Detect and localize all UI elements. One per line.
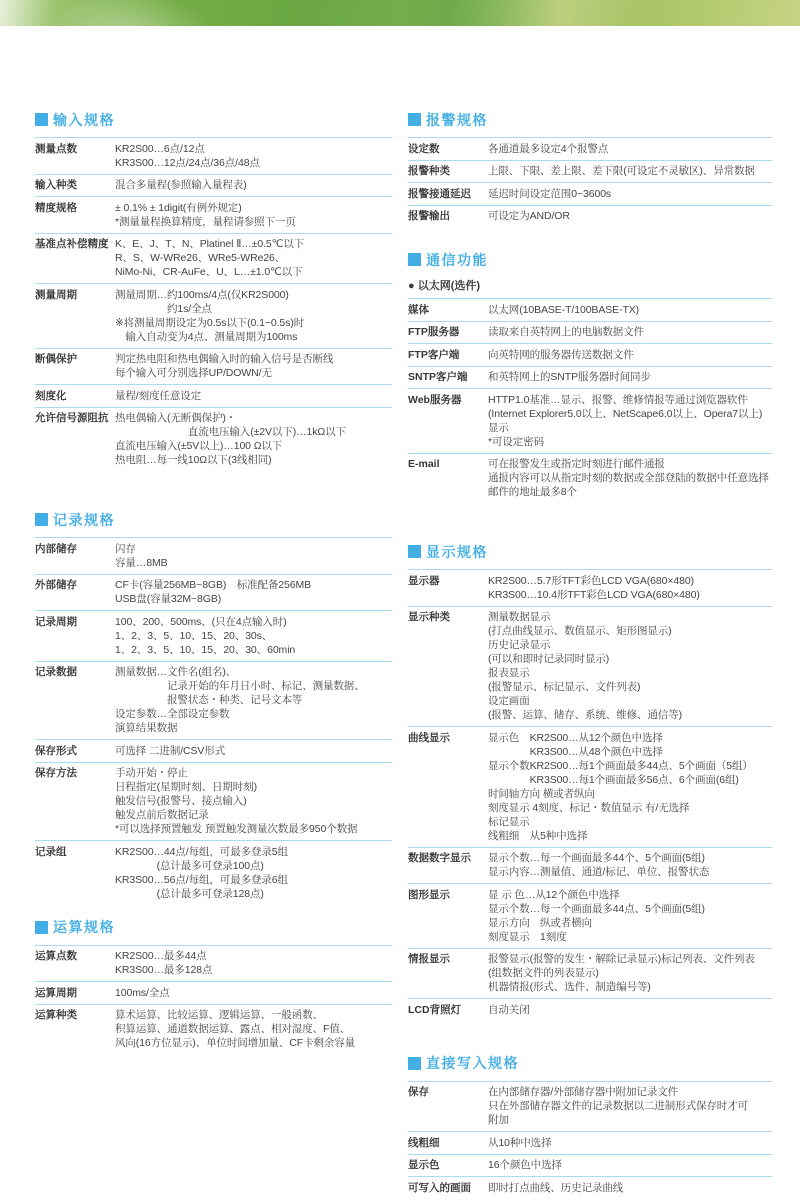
spec-value: 各通道最多设定4个报警点 — [488, 142, 772, 156]
spec-value: CF卡(容量256MB~8GB) 标准配备256MB USB盘(容量32M~8G… — [115, 578, 392, 606]
spec-label: 曲线显示 — [408, 731, 488, 843]
spec-row: 运算种类 算术运算、比较运算、逻辑运算、一般函数、 积算运算、通道数据运算、露点… — [35, 1005, 392, 1055]
spec-row: Web服务器 HTTP1.0基准…显示、报警、维修情报等通过浏览器软件 (Int… — [408, 389, 772, 454]
spec-label: 断偶保护 — [35, 352, 115, 380]
spec-value: K、E、J、T、N、Platinel Ⅱ…±0.5℃以下 R、S、W-WRe26… — [115, 237, 392, 279]
spec-row: 精度规格 ± 0.1% ± 1digit(有例外规定) *测量量程换算精度，量程… — [35, 197, 392, 234]
spec-row: 情报显示 报警显示(报警的发生・解除记录显示)标记列表、文件列表 (组数据文件的… — [408, 949, 772, 1000]
spec-label: 报警种类 — [408, 164, 488, 178]
spec-value: 上限、下限、差上限、差下限(可设定不灵敏区)、异常数据 — [488, 164, 772, 178]
spec-value: 显示个数…每一个画面最多44个、5个画面(5组) 显示内容…测量值、通道/标记、… — [488, 851, 772, 879]
spec-label: 运算点数 — [35, 949, 115, 977]
spec-value: 显 示 色…从12个颜色中选择 显示个数…每一个画面最多44点、5个画面(5组)… — [488, 888, 772, 944]
spec-row: 报警接通延迟 延迟时间设定范围0~3600s — [408, 183, 772, 206]
spec-row: SNTP客户端 和英特网上的SNTP服务器时间同步 — [408, 367, 772, 390]
spec-row: FTP服务器 读取来自英特网上的电脑数据文件 — [408, 322, 772, 345]
spec-value: 自动关闭 — [488, 1003, 772, 1017]
spec-value: 可设定为AND/OR — [488, 209, 772, 223]
spec-label: 基准点补偿精度 — [35, 237, 115, 279]
spec-row: 测量周期 测量周期…约100ms/4点(仅KR2S000) 约1s/全点 ※将测… — [35, 284, 392, 349]
section-title: 运算规格 — [35, 919, 392, 936]
spec-label: 图形显示 — [408, 888, 488, 944]
spec-label: 情报显示 — [408, 952, 488, 994]
spec-value: 从10种中选择 — [488, 1136, 772, 1150]
spec-value: HTTP1.0基准…显示、报警、维修情报等通过浏览器软件 (Internet E… — [488, 393, 772, 449]
spec-table: 设定数 各通道最多设定4个报警点 报警种类 上限、下限、差上限、差下限(可设定不… — [408, 137, 772, 227]
spec-value: 可选择 二进制/CSV形式 — [115, 744, 392, 758]
spec-row: 曲线显示 显示色 KR2S00…从12个颜色中选择 KR3S00…从48个颜色中… — [408, 727, 772, 848]
section-title-text: 通信功能 — [426, 250, 488, 270]
section-bullet-icon — [408, 113, 421, 126]
spec-table: 显示器 KR2S00…5.7形TFT彩色LCD VGA(680×480) KR3… — [408, 569, 772, 1021]
section-title-text: 记录规格 — [53, 510, 115, 530]
spec-label: 可写入的画面 — [408, 1181, 488, 1195]
spec-label: 设定数 — [408, 142, 488, 156]
spec-row: 媒体 以太网(10BASE-T/100BASE-TX) — [408, 299, 772, 322]
spec-row: 线粗细 从10种中选择 — [408, 1132, 772, 1155]
spec-row: 显示种类 测量数据显示 (打点曲线显示、数值显示、矩形图显示) 历史记录显示 (… — [408, 607, 772, 728]
spec-row: 允许信号源阻抗 热电偶输入(无断偶保护)・ 直流电压输入(±2V以下)…1kΩ以… — [35, 408, 392, 472]
spec-label: 显示色 — [408, 1158, 488, 1172]
section-title: 报警规格 — [408, 111, 772, 128]
left-column: 输入规格 测量点数 KR2S00…6点/12点 KR3S00…12点/24点/3… — [35, 111, 392, 1054]
spec-table: 媒体 以太网(10BASE-T/100BASE-TX) FTP服务器 读取来自英… — [408, 298, 772, 503]
section-alarm-specs: 报警规格 设定数 各通道最多设定4个报警点 报警种类 上限、下限、差上限、差下限… — [408, 111, 772, 227]
spec-value: 测量数据…文件名(组名)、 记录开始的年月日小时、标记、测量数据、 报警状态・种… — [115, 665, 392, 735]
spec-row: 报警输出 可设定为AND/OR — [408, 206, 772, 228]
spec-value: 测量数据显示 (打点曲线显示、数值显示、矩形图显示) 历史记录显示 (可以和即时… — [488, 610, 772, 722]
spec-row: 设定数 各通道最多设定4个报警点 — [408, 138, 772, 161]
section-bullet-icon — [35, 113, 48, 126]
spec-label: 保存形式 — [35, 744, 115, 758]
spec-table: 运算点数 KR2S00…最多44点 KR3S00…最多128点 运算周期 100… — [35, 945, 392, 1055]
spec-label: 内部储存 — [35, 542, 115, 570]
spec-value: 即时打点曲线、历史记录曲线 — [488, 1181, 772, 1195]
spec-value: 手动开始・停止 日程指定(星期时刻、日期时刻) 触发信号(报警号、接点输入) 触… — [115, 766, 392, 836]
spec-value: 混合多量程(参照输入量程表) — [115, 178, 392, 192]
spec-row: FTP客户端 向英特网的服务器传送数据文件 — [408, 344, 772, 367]
spec-label: 线粗细 — [408, 1136, 488, 1150]
spec-row: 输入种类 混合多量程(参照输入量程表) — [35, 175, 392, 198]
spec-label: 保存方法 — [35, 766, 115, 836]
spec-label: 外部储存 — [35, 578, 115, 606]
spec-row: 基准点补偿精度 K、E、J、T、N、Platinel Ⅱ…±0.5℃以下 R、S… — [35, 234, 392, 285]
section-direct-write-specs: 直接写入规格 保存 在内部储存器/外部储存器中附加记录文件 只在外部储存器文件的… — [408, 1055, 772, 1199]
spec-value: 以太网(10BASE-T/100BASE-TX) — [488, 303, 772, 317]
spec-value: 在内部储存器/外部储存器中附加记录文件 只在外部储存器文件的记录数据以二进制形式… — [488, 1085, 772, 1127]
spec-label: 允许信号源阻抗 — [35, 411, 115, 467]
spec-row: 记录周期 100、200、500ms、(只在4点输入时) 1、2、3、5、10、… — [35, 611, 392, 662]
spec-label: 数据数字显示 — [408, 851, 488, 879]
section-title: 显示规格 — [408, 543, 772, 560]
spec-value: 向英特网的服务器传送数据文件 — [488, 348, 772, 362]
spec-value: 算术运算、比较运算、逻辑运算、一般函数、 积算运算、通道数据运算、露点、相对湿度… — [115, 1008, 392, 1050]
section-computation-specs: 运算规格 运算点数 KR2S00…最多44点 KR3S00…最多128点 运算周… — [35, 919, 392, 1055]
section-title-text: 输入规格 — [53, 110, 115, 130]
spec-value: 16个颜色中选择 — [488, 1158, 772, 1172]
spec-label: E-mail — [408, 457, 488, 499]
section-bullet-icon — [35, 921, 48, 934]
spec-row: 保存 在内部储存器/外部储存器中附加记录文件 只在外部储存器文件的记录数据以二进… — [408, 1082, 772, 1133]
spec-value: KR2S00…5.7形TFT彩色LCD VGA(680×480) KR3S00…… — [488, 574, 772, 602]
spec-label: 记录周期 — [35, 615, 115, 657]
spec-sheet-page: 输入规格 测量点数 KR2S00…6点/12点 KR3S00…12点/24点/3… — [0, 0, 800, 1203]
spec-label: 媒体 — [408, 303, 488, 317]
spec-label: 运算周期 — [35, 986, 115, 1000]
spec-label: Web服务器 — [408, 393, 488, 449]
spec-row: 保存方法 手动开始・停止 日程指定(星期时刻、日期时刻) 触发信号(报警号、接点… — [35, 763, 392, 842]
section-input-specs: 输入规格 测量点数 KR2S00…6点/12点 KR3S00…12点/24点/3… — [35, 111, 392, 471]
spec-label: 记录数据 — [35, 665, 115, 735]
spec-label: 记录组 — [35, 845, 115, 901]
spec-value: 100ms/全点 — [115, 986, 392, 1000]
spec-value: 可在报警发生或指定时刻进行邮件通报 通报内容可以从指定时刻的数据或全部登陆的数据… — [488, 457, 772, 499]
section-display-specs: 显示规格 显示器 KR2S00…5.7形TFT彩色LCD VGA(680×480… — [408, 543, 772, 1021]
spec-row: 记录组 KR2S00…44点/每组，可最多登录5组 (总计最多可登录100点) … — [35, 841, 392, 905]
spec-row: LCD背照灯 自动关闭 — [408, 999, 772, 1021]
section-title-text: 显示规格 — [426, 542, 488, 562]
spec-table: 保存 在内部储存器/外部储存器中附加记录文件 只在外部储存器文件的记录数据以二进… — [408, 1081, 772, 1199]
spec-label: 显示器 — [408, 574, 488, 602]
spec-row: 断偶保护 判定热电阻和热电偶输入时的输入信号是否断线 每个输入可分别选择UP/D… — [35, 349, 392, 386]
spec-value: ± 0.1% ± 1digit(有例外规定) *测量量程换算精度，量程请参照下一… — [115, 201, 392, 229]
section-title-text: 直接写入规格 — [426, 1053, 519, 1073]
section-bullet-icon — [408, 545, 421, 558]
spec-value: 测量周期…约100ms/4点(仅KR2S000) 约1s/全点 ※将测量周期设定… — [115, 288, 392, 344]
spec-row: 保存形式 可选择 二进制/CSV形式 — [35, 740, 392, 763]
spec-row: 测量点数 KR2S00…6点/12点 KR3S00…12点/24点/36点/48… — [35, 138, 392, 175]
spec-label: 测量点数 — [35, 142, 115, 170]
section-bullet-icon — [35, 513, 48, 526]
section-bullet-icon — [408, 253, 421, 266]
spec-row: 运算周期 100ms/全点 — [35, 982, 392, 1005]
spec-row: 刻度化 量程/刻度任意设定 — [35, 385, 392, 408]
section-record-specs: 记录规格 内部储存 闪存 容量…8MB 外部储存 CF卡(容量256MB~8GB… — [35, 511, 392, 905]
ethernet-option-subheading: ● 以太网(选件) — [408, 277, 772, 293]
spec-row: 内部储存 闪存 容量…8MB — [35, 538, 392, 575]
spec-row: E-mail 可在报警发生或指定时刻进行邮件通报 通报内容可以从指定时刻的数据或… — [408, 454, 772, 504]
spec-label: SNTP客户端 — [408, 370, 488, 384]
spec-value: 读取来自英特网上的电脑数据文件 — [488, 325, 772, 339]
spec-row: 图形显示 显 示 色…从12个颜色中选择 显示个数…每一个画面最多44点、5个画… — [408, 884, 772, 949]
spec-table: 测量点数 KR2S00…6点/12点 KR3S00…12点/24点/36点/48… — [35, 137, 392, 471]
spec-value: KR2S00…44点/每组，可最多登录5组 (总计最多可登录100点) KR3S… — [115, 845, 392, 901]
section-title: 直接写入规格 — [408, 1055, 772, 1072]
spec-row: 记录数据 测量数据…文件名(组名)、 记录开始的年月日小时、标记、测量数据、 报… — [35, 662, 392, 741]
spec-label: 保存 — [408, 1085, 488, 1127]
section-communication: 通信功能 ● 以太网(选件) 媒体 以太网(10BASE-T/100BASE-T… — [408, 251, 772, 503]
right-column: 报警规格 设定数 各通道最多设定4个报警点 报警种类 上限、下限、差上限、差下限… — [408, 111, 772, 1199]
spec-row: 可写入的画面 即时打点曲线、历史记录曲线 — [408, 1177, 772, 1199]
spec-label: 输入种类 — [35, 178, 115, 192]
spec-value: 100、200、500ms、(只在4点输入时) 1、2、3、5、10、15、20… — [115, 615, 392, 657]
spec-row: 数据数字显示 显示个数…每一个画面最多44个、5个画面(5组) 显示内容…测量值… — [408, 848, 772, 885]
spec-value: 热电偶输入(无断偶保护)・ 直流电压输入(±2V以下)…1kΩ以下 直流电压输入… — [115, 411, 392, 467]
spec-row: 显示器 KR2S00…5.7形TFT彩色LCD VGA(680×480) KR3… — [408, 570, 772, 607]
spec-value: 延迟时间设定范围0~3600s — [488, 187, 772, 201]
spec-row: 外部储存 CF卡(容量256MB~8GB) 标准配备256MB USB盘(容量3… — [35, 575, 392, 612]
spec-label: 显示种类 — [408, 610, 488, 722]
spec-value: 闪存 容量…8MB — [115, 542, 392, 570]
section-title-text: 运算规格 — [53, 917, 115, 937]
section-title: 输入规格 — [35, 111, 392, 128]
spec-value: 和英特网上的SNTP服务器时间同步 — [488, 370, 772, 384]
spec-label: LCD背照灯 — [408, 1003, 488, 1017]
spec-label: FTP服务器 — [408, 325, 488, 339]
spec-label: 运算种类 — [35, 1008, 115, 1050]
spec-row: 报警种类 上限、下限、差上限、差下限(可设定不灵敏区)、异常数据 — [408, 161, 772, 184]
spec-label: 报警接通延迟 — [408, 187, 488, 201]
spec-table: 内部储存 闪存 容量…8MB 外部储存 CF卡(容量256MB~8GB) 标准配… — [35, 537, 392, 905]
spec-label: FTP客户端 — [408, 348, 488, 362]
spec-row: 运算点数 KR2S00…最多44点 KR3S00…最多128点 — [35, 946, 392, 983]
decorative-leaf-band — [0, 0, 800, 26]
spec-value: 判定热电阻和热电偶输入时的输入信号是否断线 每个输入可分别选择UP/DOWN/无 — [115, 352, 392, 380]
spec-label: 报警输出 — [408, 209, 488, 223]
spec-value: 报警显示(报警的发生・解除记录显示)标记列表、文件列表 (组数据文件的列表显示)… — [488, 952, 772, 994]
section-bullet-icon — [408, 1057, 421, 1070]
spec-label: 精度规格 — [35, 201, 115, 229]
spec-value: 显示色 KR2S00…从12个颜色中选择 KR3S00…从48个颜色中选择 显示… — [488, 731, 772, 843]
spec-label: 刻度化 — [35, 389, 115, 403]
spec-value: KR2S00…最多44点 KR3S00…最多128点 — [115, 949, 392, 977]
spec-value: 量程/刻度任意设定 — [115, 389, 392, 403]
spec-row: 显示色 16个颜色中选择 — [408, 1155, 772, 1178]
spec-label: 测量周期 — [35, 288, 115, 344]
section-title: 记录规格 — [35, 511, 392, 528]
spec-value: KR2S00…6点/12点 KR3S00…12点/24点/36点/48点 — [115, 142, 392, 170]
section-title: 通信功能 — [408, 251, 772, 268]
section-title-text: 报警规格 — [426, 110, 488, 130]
